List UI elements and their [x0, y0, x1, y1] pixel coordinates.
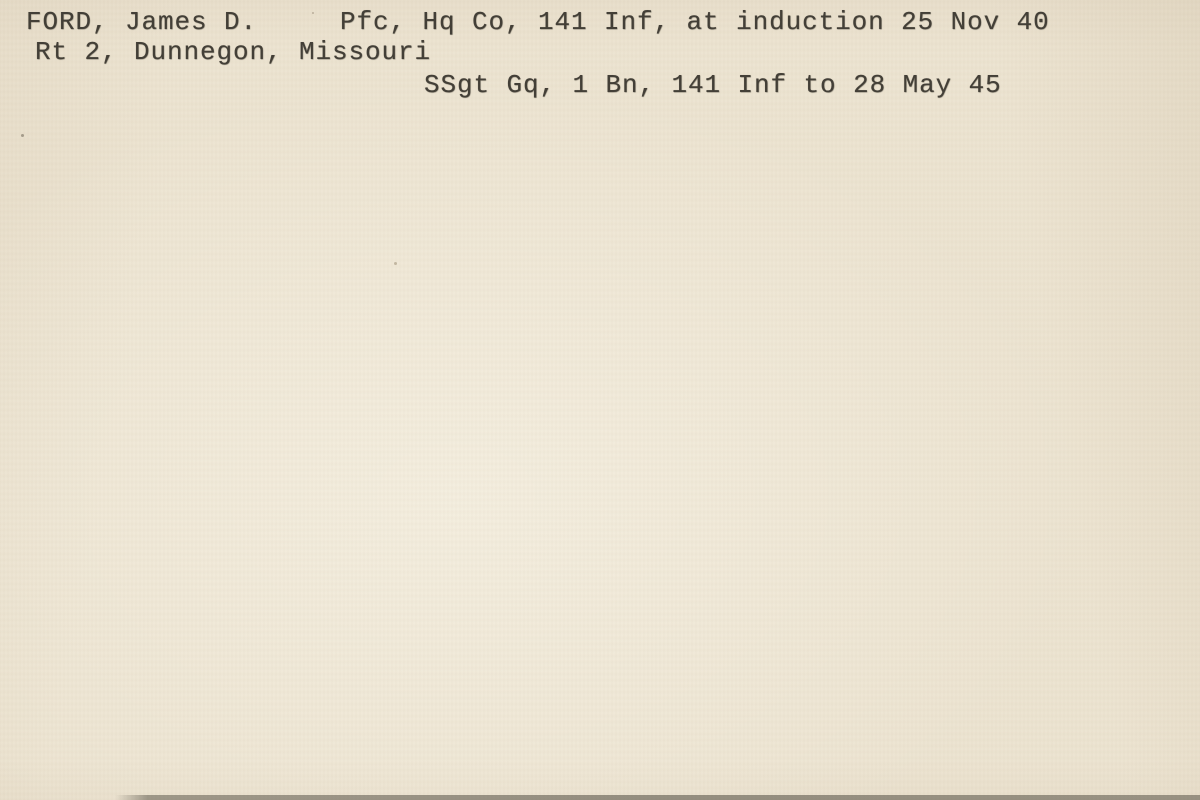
- typed-promotion-line: SSgt Gq, 1 Bn, 141 Inf to 28 May 45: [424, 70, 1002, 100]
- paper-speck: [312, 12, 314, 14]
- scan-edge-shadow: [115, 795, 1200, 800]
- scanned-card-page: FORD, James D. Pfc, Hq Co, 141 Inf, at i…: [0, 0, 1200, 800]
- paper-speck: [394, 262, 397, 265]
- typed-address-line: Rt 2, Dunnegon, Missouri: [35, 37, 431, 67]
- typed-induction-detail: Pfc, Hq Co, 141 Inf, at induction 25 Nov…: [340, 7, 1050, 37]
- paper-speck: [21, 134, 24, 137]
- typed-name-line: FORD, James D.: [26, 7, 257, 37]
- paper-texture: [0, 0, 1200, 800]
